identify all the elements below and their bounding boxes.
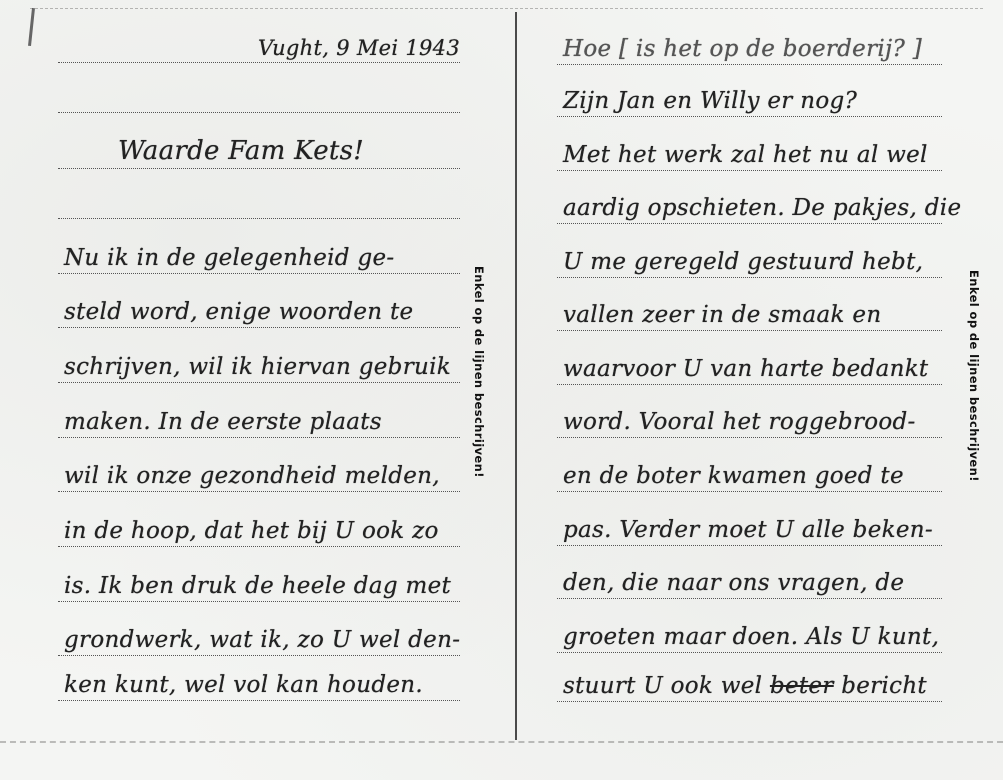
ruled-line: groeten maar doen. Als U kunt, — [557, 612, 942, 653]
right-page: Hoe [ is het op de boerderij? ] Zijn Jan… — [557, 0, 942, 740]
ruled-line: in de hoop, dat het bij U ook zo — [58, 506, 460, 547]
letter-line: wil ik onze gezondheid melden, — [64, 463, 440, 489]
letter-line: en de boter kwamen goed te — [563, 463, 904, 489]
ruled-line: schrijven, wil ik hiervan gebruik — [58, 342, 460, 383]
letter-line: Zijn Jan en Willy er nog? — [563, 88, 857, 114]
letter-line: is. Ik ben druk de heele dag met — [64, 573, 451, 599]
letter-line: steld word, enige woorden te — [64, 299, 413, 325]
ruled-line: pas. Verder moet U alle beken- — [557, 505, 942, 546]
page-bottom-edge — [0, 741, 1003, 743]
ruled-line — [58, 178, 460, 219]
ruled-line: Zijn Jan en Willy er nog? — [557, 76, 942, 117]
letter-line: schrijven, wil ik hiervan gebruik — [64, 354, 451, 380]
letter-line: aardig opschieten. De pakjes, die — [563, 195, 961, 221]
letter-line: den, die naar ons vragen, de — [563, 570, 904, 596]
letter-line: Met het werk zal het nu al wel — [563, 142, 928, 168]
letter-line: waarvoor U van harte bedankt — [563, 356, 928, 382]
letter-line-end: bericht — [841, 673, 927, 699]
ruled-line: vallen zeer in de smaak en — [557, 290, 942, 331]
left-page: Vught, 9 Mei 1943 Waarde Fam Kets! Nu ik… — [58, 0, 460, 740]
letter-line: word. Vooral het roggebrood- — [563, 409, 916, 435]
letter-line: pas. Verder moet U alle beken- — [563, 517, 933, 543]
scanned-letter: Vught, 9 Mei 1943 Waarde Fam Kets! Nu ik… — [0, 0, 1003, 780]
edge-mark — [28, 8, 35, 46]
letter-line: maken. In de eerste plaats — [64, 409, 382, 435]
ruled-line: aardig opschieten. De pakjes, die — [557, 183, 942, 224]
ruled-line: en de boter kwamen goed te — [557, 451, 942, 492]
letter-line: stuurt U ook wel — [563, 673, 762, 699]
ruled-line: Nu ik in de gelegenheid ge- — [58, 233, 460, 274]
ruled-line: maken. In de eerste plaats — [58, 397, 460, 438]
ruled-line: waarvoor U van harte bedankt — [557, 344, 942, 385]
letter-line: U me geregeld gestuurd hebt, — [563, 249, 923, 275]
letter-line: grondwerk, wat ik, zo U wel den- — [64, 627, 460, 653]
letter-salutation: Waarde Fam Kets! — [118, 136, 364, 166]
ruled-line: Hoe [ is het op de boerderij? ] — [557, 24, 942, 65]
letter-line-final: stuurt U ook wel beter bericht — [563, 673, 927, 699]
letter-line: vallen zeer in de smaak en — [563, 302, 881, 328]
margin-instruction: Enkel op de lijnen beschrijven! — [472, 266, 486, 478]
ruled-line: stuurt U ook wel beter bericht — [557, 661, 942, 702]
letter-line: in de hoop, dat het bij U ook zo — [64, 518, 439, 544]
ruled-line: Met het werk zal het nu al wel — [557, 130, 942, 171]
ruled-line — [58, 72, 460, 113]
ruled-line: wil ik onze gezondheid melden, — [58, 451, 460, 492]
ruled-line: ken kunt, wel vol kan houden. — [58, 660, 460, 701]
letter-line: Hoe [ is het op de boerderij? ] — [563, 36, 922, 62]
letter-line: groeten maar doen. Als U kunt, — [563, 624, 939, 650]
margin-instruction: Enkel op de lijnen beschrijven! — [967, 270, 981, 482]
letter-line: Nu ik in de gelegenheid ge- — [64, 245, 394, 271]
letter-date: Vught, 9 Mei 1943 — [258, 36, 460, 60]
ruled-line: word. Vooral het roggebrood- — [557, 397, 942, 438]
ruled-line: Waarde Fam Kets! — [58, 128, 460, 169]
ruled-line: steld word, enige woorden te — [58, 287, 460, 328]
struck-word: beter — [770, 673, 834, 699]
ruled-line: Vught, 9 Mei 1943 — [58, 22, 460, 63]
ruled-line: grondwerk, wat ik, zo U wel den- — [58, 615, 460, 656]
ruled-line: is. Ik ben druk de heele dag met — [58, 561, 460, 602]
center-fold-line — [515, 12, 517, 740]
ruled-line: U me geregeld gestuurd hebt, — [557, 237, 942, 278]
letter-line: ken kunt, wel vol kan houden. — [64, 672, 423, 698]
ruled-line: den, die naar ons vragen, de — [557, 558, 942, 599]
